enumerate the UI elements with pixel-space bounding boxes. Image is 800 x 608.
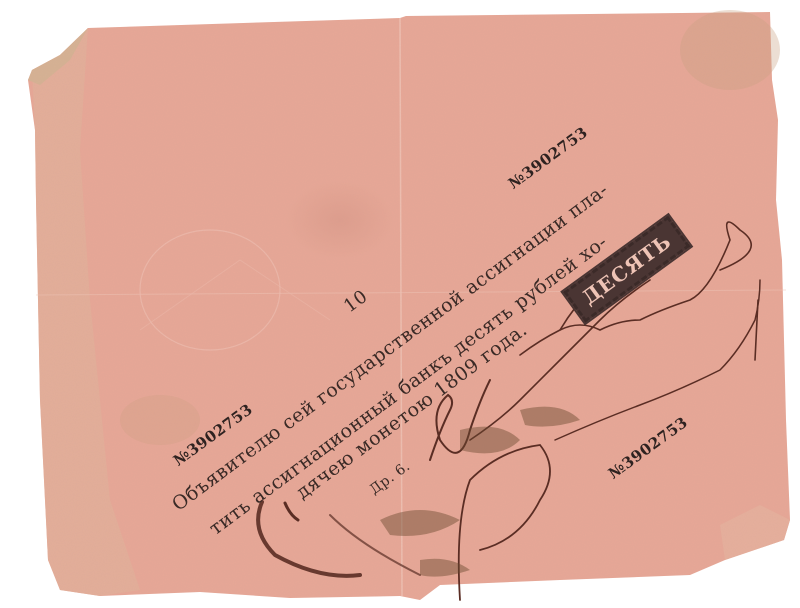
banknote-scan: №3902753 №3902753 №3902753 10 Объявителю… (0, 0, 800, 608)
paper-sheet (0, 0, 800, 608)
